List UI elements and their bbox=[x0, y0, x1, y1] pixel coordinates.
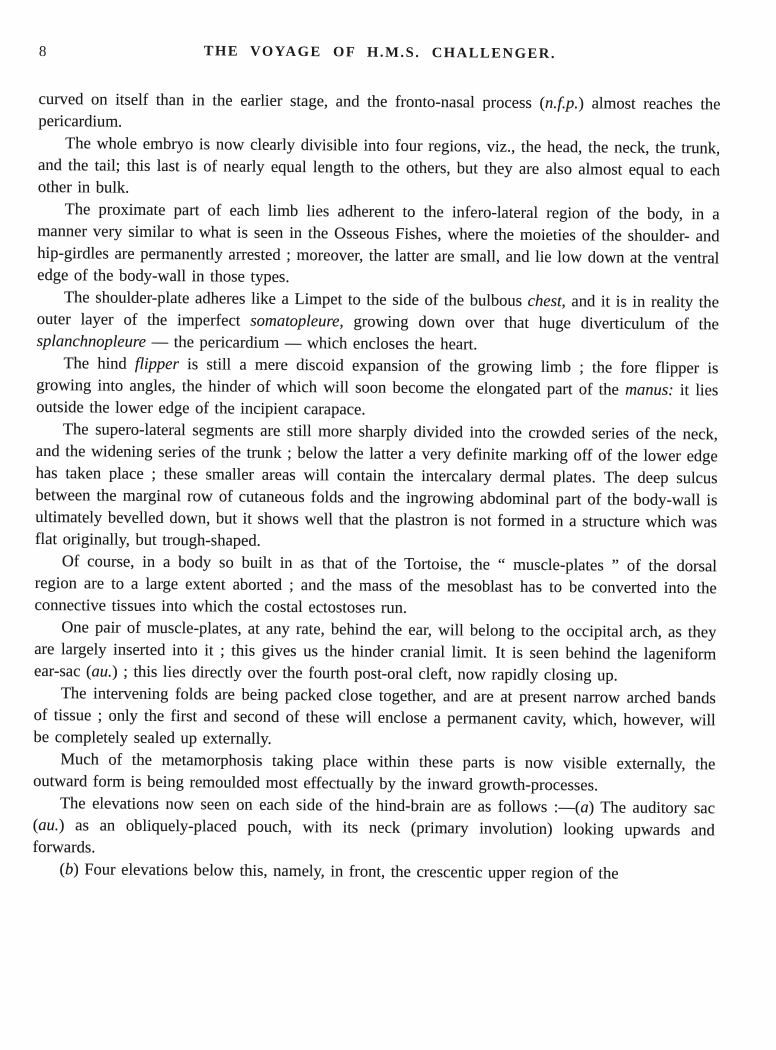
running-head: 8 THE VOYAGE OF H.M.S. CHALLENGER. bbox=[39, 42, 721, 67]
text-run: The whole embryo is now clearly divisibl… bbox=[38, 133, 720, 197]
running-title: THE VOYAGE OF H.M.S. CHALLENGER. bbox=[39, 42, 721, 64]
paragraph: The elevations now seen on each side of … bbox=[33, 792, 715, 863]
italic-text-run: manus: bbox=[625, 380, 674, 399]
paragraph: Much of the metamorphosis taking place w… bbox=[33, 748, 715, 797]
text-run: — the pericardium — which encloses the h… bbox=[146, 332, 477, 354]
italic-text-run: n.f.p. bbox=[545, 93, 579, 112]
paragraph: One pair of muscle-plates, at any rate, … bbox=[34, 616, 716, 687]
text-run: The shoulder-plate adheres like a Limpet… bbox=[64, 287, 528, 310]
text-run: The hind bbox=[63, 353, 135, 373]
paragraph: curved on itself than in the earlier sta… bbox=[38, 88, 720, 137]
paragraph: The whole embryo is now clearly divisibl… bbox=[38, 132, 720, 203]
italic-text-run: somatopleure bbox=[250, 311, 339, 331]
text-run: The proximate part of each limb lies adh… bbox=[37, 199, 720, 286]
paragraph: (b) Four elevations below this, namely, … bbox=[32, 858, 714, 885]
book-page: 8 THE VOYAGE OF H.M.S. CHALLENGER. curve… bbox=[0, 0, 776, 1050]
italic-text-run: flipper bbox=[135, 354, 179, 373]
text-run: Much of the metamorphosis taking place w… bbox=[33, 749, 715, 794]
italic-text-run: a bbox=[580, 797, 588, 816]
italic-text-run: splanchnopleure bbox=[37, 331, 147, 351]
text-run: Of course, in a body so built in as that… bbox=[35, 551, 717, 617]
text-run: The supero-lateral segments are still mo… bbox=[35, 419, 718, 550]
italic-text-run: chest bbox=[528, 291, 562, 310]
paragraph: The intervening folds are being packed c… bbox=[33, 682, 715, 753]
italic-text-run: au. bbox=[38, 815, 59, 834]
text-run: curved on itself than in the earlier sta… bbox=[38, 89, 545, 112]
page-content: 8 THE VOYAGE OF H.M.S. CHALLENGER. curve… bbox=[32, 42, 721, 885]
text-run: ) ; this lies directly over the fourth p… bbox=[112, 662, 618, 685]
text-run: , growing down over that huge diverticul… bbox=[339, 311, 718, 333]
text-run: ) as an obliquely-placed pouch, with its… bbox=[33, 815, 715, 856]
paragraph: Of course, in a body so built in as that… bbox=[34, 550, 716, 621]
paragraph: The shoulder-plate adheres like a Limpet… bbox=[37, 286, 719, 357]
body-text: curved on itself than in the earlier sta… bbox=[32, 88, 720, 885]
italic-text-run: au. bbox=[91, 661, 112, 680]
text-run: The elevations now seen on each side of … bbox=[60, 793, 581, 816]
paragraph: The hind flipper is still a mere discoid… bbox=[36, 352, 718, 423]
text-run: ) Four elevations below this, namely, in… bbox=[73, 859, 618, 882]
paragraph: The supero-lateral segments are still mo… bbox=[35, 418, 718, 555]
text-run: The intervening folds are being packed c… bbox=[33, 683, 715, 748]
paragraph: The proximate part of each limb lies adh… bbox=[37, 198, 720, 291]
italic-text-run: b bbox=[65, 859, 73, 878]
